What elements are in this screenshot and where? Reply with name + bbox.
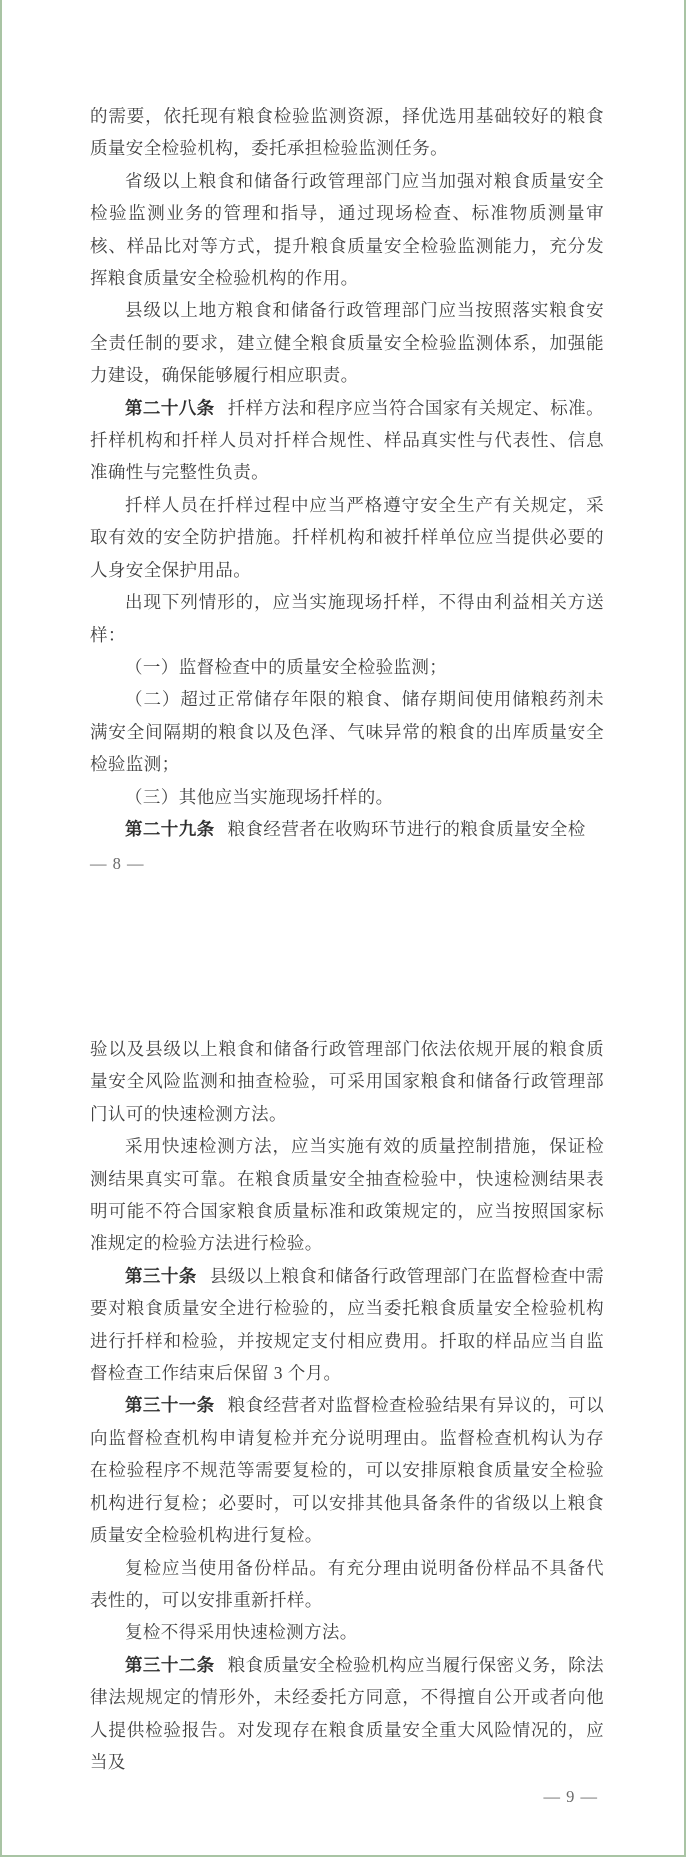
paragraph-text: （一）监督检查中的质量安全检验监测； <box>125 657 447 677</box>
paragraph: 采用快速检测方法，应当实施有效的质量控制措施，保证检测结果真实可靠。在粮食质量安… <box>90 1130 604 1260</box>
paragraph-article-30: 第三十条县级以上粮食和储备行政管理部门在监督检查中需要对粮食质量安全进行检验的，… <box>90 1260 604 1390</box>
paragraph: 扦样人员在扦样过程中应当严格遵守安全生产有关规定，采取有效的安全防护措施。扦样机… <box>90 489 604 586</box>
article-heading: 第三十二条 <box>125 1655 215 1675</box>
list-item-1: （一）监督检查中的质量安全检验监测； <box>90 651 604 683</box>
list-item-3: （三）其他应当实施现场扦样的。 <box>90 781 604 813</box>
page-9: 验以及县级以上粮食和储备行政管理部门依法依规开展的粮食质量安全风险监测和抽查检验… <box>90 1033 604 1814</box>
paragraph: 县级以上地方粮食和储备行政管理部门应当按照落实粮食安全责任制的要求，建立健全粮食… <box>90 294 604 391</box>
paragraph-text: 粮食经营者对监督检查检验结果有异议的，可以向监督检查机构申请复检并充分说明理由。… <box>90 1395 604 1545</box>
paragraph-text: 县级以上地方粮食和储备行政管理部门应当按照落实粮食安全责任制的要求，建立健全粮食… <box>90 300 604 385</box>
paragraph-article-32: 第三十二条粮食质量安全检验机构应当履行保密义务，除法律法规规定的情形外，未经委托… <box>90 1649 604 1779</box>
paragraph: 省级以上粮食和储备行政管理部门应当加强对粮食质量安全检验监测业务的管理和指导，通… <box>90 165 604 295</box>
paragraph-text: 的需要，依托现有粮食检验监测资源，择优选用基础较好的粮食质量安全检验机构，委托承… <box>90 106 604 158</box>
article-heading: 第三十一条 <box>125 1395 215 1415</box>
paragraph-text: 复检不得采用快速检测方法。 <box>125 1622 358 1642</box>
paragraph: 的需要，依托现有粮食检验监测资源，择优选用基础较好的粮食质量安全检验机构，委托承… <box>90 100 604 165</box>
page-8: 的需要，依托现有粮食检验监测资源，择优选用基础较好的粮食质量安全检验机构，委托承… <box>90 100 604 881</box>
paragraph-text: 采用快速检测方法，应当实施有效的质量控制措施，保证检测结果真实可靠。在粮食质量安… <box>90 1136 604 1253</box>
paragraph-text: 验以及县级以上粮食和储备行政管理部门依法依规开展的粮食质量安全风险监测和抽查检验… <box>90 1039 604 1124</box>
page-number-9: — 9 — <box>90 1781 604 1813</box>
paragraph-article-28: 第二十八条扦样方法和程序应当符合国家有关规定、标准。扦样机构和扦样人员对扦样合规… <box>90 392 604 489</box>
list-item-2: （二）超过正常储存年限的粮食、储存期间使用储粮药剂未满安全间隔期的粮食以及色泽、… <box>90 683 604 780</box>
paragraph: 出现下列情形的，应当实施现场扦样，不得由利益相关方送样： <box>90 586 604 651</box>
paragraph-text: 复检应当使用备份样品。有充分理由说明备份样品不具备代表性的，可以安排重新扦样。 <box>90 1558 604 1610</box>
paragraph: 验以及县级以上粮食和储备行政管理部门依法依规开展的粮食质量安全风险监测和抽查检验… <box>90 1033 604 1130</box>
article-heading: 第三十条 <box>125 1266 197 1286</box>
document-sheet: 的需要，依托现有粮食检验监测资源，择优选用基础较好的粮食质量安全检验机构，委托承… <box>0 0 686 1857</box>
page-number-8: — 8 — <box>90 848 604 880</box>
paragraph-article-31: 第三十一条粮食经营者对监督检查检验结果有异议的，可以向监督检查机构申请复检并充分… <box>90 1389 604 1551</box>
paragraph: 复检不得采用快速检测方法。 <box>90 1616 604 1648</box>
paragraph-article-29: 第二十九条粮食经营者在收购环节进行的粮食质量安全检 <box>90 813 604 845</box>
article-heading: 第二十九条 <box>125 819 215 839</box>
paragraph-text: （三）其他应当实施现场扦样的。 <box>125 787 394 807</box>
paragraph: 复检应当使用备份样品。有充分理由说明备份样品不具备代表性的，可以安排重新扦样。 <box>90 1552 604 1617</box>
paragraph-text: 省级以上粮食和储备行政管理部门应当加强对粮食质量安全检验监测业务的管理和指导，通… <box>90 171 604 288</box>
article-heading: 第二十八条 <box>125 398 215 418</box>
paragraph-text: 出现下列情形的，应当实施现场扦样，不得由利益相关方送样： <box>90 592 604 644</box>
paragraph-text: 扦样人员在扦样过程中应当严格遵守安全生产有关规定，采取有效的安全防护措施。扦样机… <box>90 495 604 580</box>
paragraph-text: （二）超过正常储存年限的粮食、储存期间使用储粮药剂未满安全间隔期的粮食以及色泽、… <box>90 689 604 774</box>
paragraph-text: 粮食经营者在收购环节进行的粮食质量安全检 <box>228 819 586 839</box>
